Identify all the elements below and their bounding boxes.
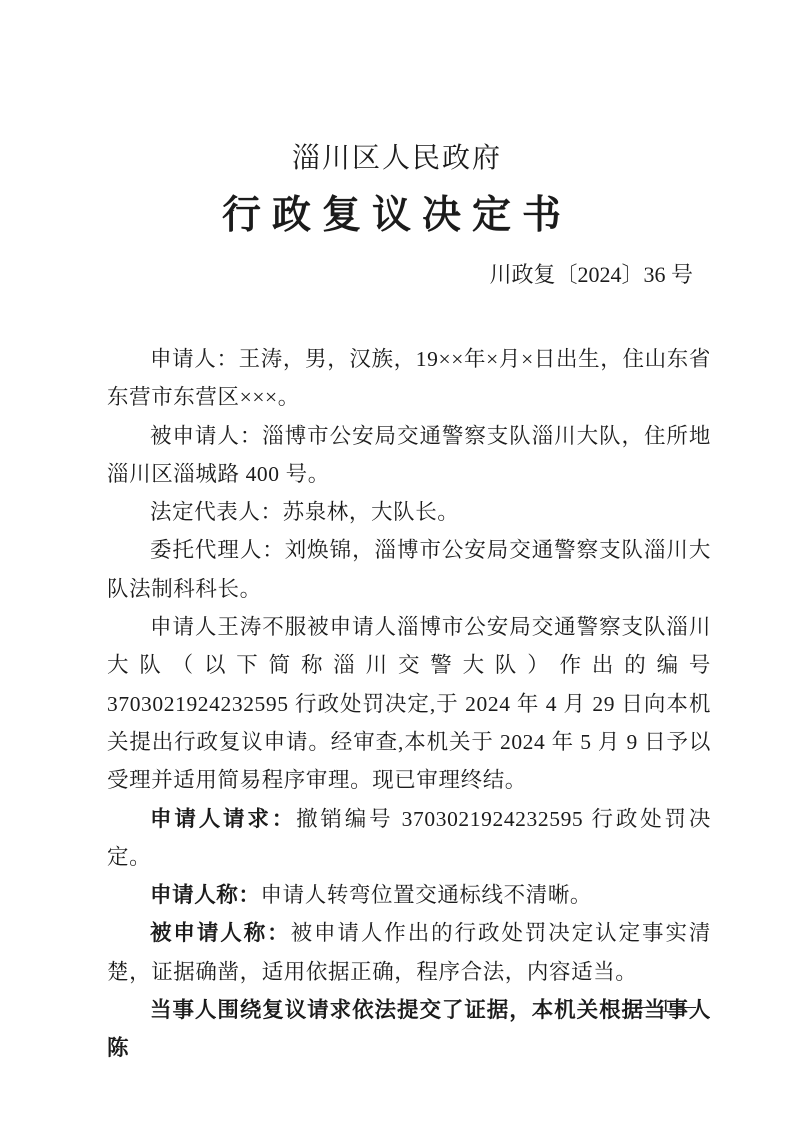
- document-title: 行政复议决定书: [0, 195, 794, 237]
- page-number: — 1 —: [635, 997, 697, 1017]
- paragraph-label: 当事人围绕复议请求依法提交了证据，本机关根据当事人陈: [107, 998, 711, 1060]
- document-body: 申请人：王涛，男，汉族，19××年×月×日出生，住山东省东营市东营区×××。 被…: [107, 340, 711, 1068]
- case-summary: 申请人王涛不服被申请人淄博市公安局交通警察支队淄川大队（以下简称淄川交警大队）作…: [107, 608, 711, 799]
- paragraph-label: 被申请人称：: [150, 921, 291, 945]
- paragraph-text: 被申请人：淄博市公安局交通警察支队淄川大队，住所地淄川区淄城路 400 号。: [107, 424, 711, 486]
- paragraph-label: 申请人称：: [150, 883, 261, 907]
- evidence-statement: 当事人围绕复议请求依法提交了证据，本机关根据当事人陈: [107, 991, 711, 1068]
- respondent-statement: 被申请人称：被申请人作出的行政处罚决定认定事实清楚，证据确凿，适用依据正确，程序…: [107, 914, 711, 991]
- document-header: 淄川区人民政府 行政复议决定书: [0, 0, 794, 237]
- issuing-agency-title: 淄川区人民政府: [0, 144, 794, 174]
- paragraph-label: 申请人请求：: [150, 807, 296, 831]
- legal-representative-info: 法定代表人：苏泉林，大队长。: [107, 493, 711, 531]
- applicant-statement: 申请人称：申请人转弯位置交通标线不清晰。: [107, 876, 711, 914]
- applicant-request: 申请人请求：撤销编号 3703021924232595 行政处罚决定。: [107, 800, 711, 877]
- paragraph-text: 法定代表人：苏泉林，大队长。: [150, 500, 459, 524]
- authorized-agent-info: 委托代理人：刘焕锦，淄博市公安局交通警察支队淄川大队法制科科长。: [107, 531, 711, 608]
- document-page: 淄川区人民政府 行政复议决定书 川政复〔2024〕36 号 申请人：王涛，男，汉…: [0, 0, 794, 1123]
- paragraph-text: 申请人：王涛，男，汉族，19××年×月×日出生，住山东省东营市东营区×××。: [107, 347, 711, 409]
- paragraph-text: 委托代理人：刘焕锦，淄博市公安局交通警察支队淄川大队法制科科长。: [107, 538, 711, 600]
- document-reference-number: 川政复〔2024〕36 号: [0, 260, 794, 290]
- applicant-info: 申请人：王涛，男，汉族，19××年×月×日出生，住山东省东营市东营区×××。: [107, 340, 711, 417]
- paragraph-text: 申请人王涛不服被申请人淄博市公安局交通警察支队淄川大队（以下简称淄川交警大队）作…: [107, 615, 711, 792]
- respondent-info: 被申请人：淄博市公安局交通警察支队淄川大队，住所地淄川区淄城路 400 号。: [107, 417, 711, 494]
- paragraph-text: 申请人转弯位置交通标线不清晰。: [261, 883, 593, 907]
